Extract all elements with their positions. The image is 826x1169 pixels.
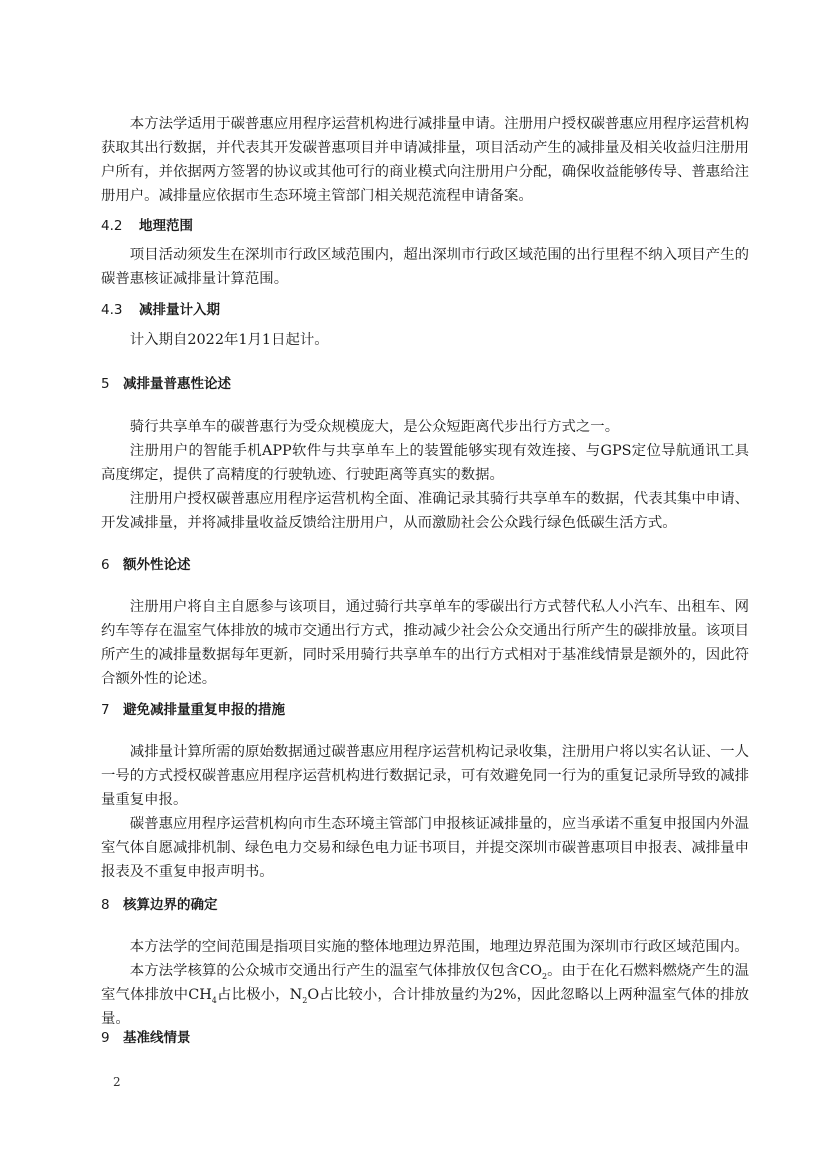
section-8-heading: 8核算边界的确定	[101, 895, 749, 915]
section-number: 4.3	[101, 300, 139, 320]
section-4-2-heading: 4.2地理范围	[101, 216, 749, 236]
section-8-paragraph-2: 本方法学核算的公众城市交通出行产生的温室气体排放仅包含CO2。由于在化石燃料燃烧…	[101, 959, 749, 1031]
section-9: 9基准线情景	[101, 1028, 749, 1048]
section-7-body: 减排量计算所需的原始数据通过碳普惠应用程序运营机构记录收集，注册用户将以实名认证…	[101, 740, 749, 884]
section-7-paragraph-1: 减排量计算所需的原始数据通过碳普惠应用程序运营机构记录收集，注册用户将以实名认证…	[101, 740, 749, 812]
section-7-paragraph-2: 碳普惠应用程序运营机构向市生态环境主管部门申报核证减排量的，应当承诺不重复申报国…	[101, 812, 749, 884]
section-title: 地理范围	[139, 218, 193, 234]
document-page: 本方法学适用于碳普惠应用程序运营机构进行减排量申请。注册用户授权碳普惠应用程序运…	[0, 0, 826, 1169]
section-4-3-paragraph: 计入期自2022年1月1日起计。	[101, 328, 749, 352]
text-fragment: 占比极小，N	[217, 987, 302, 1003]
section-number: 6	[101, 555, 123, 575]
section-number: 8	[101, 895, 123, 915]
section-title: 基准线情景	[123, 1030, 191, 1046]
page-number: 2	[113, 1075, 121, 1089]
section-number: 9	[101, 1028, 123, 1048]
section-number: 7	[101, 700, 123, 720]
section-7: 7避免减排量重复申报的措施	[101, 700, 749, 720]
intro-paragraph: 本方法学适用于碳普惠应用程序运营机构进行减排量申请。注册用户授权碳普惠应用程序运…	[101, 112, 749, 208]
section-number: 5	[101, 374, 123, 394]
section-5: 5减排量普惠性论述	[101, 374, 749, 394]
section-4-3-body: 计入期自2022年1月1日起计。	[101, 328, 749, 352]
section-8-paragraph-1: 本方法学的空间范围是指项目实施的整体地理边界范围，地理边界范围为深圳市行政区域范…	[101, 935, 749, 959]
section-7-heading: 7避免减排量重复申报的措施	[101, 700, 749, 720]
section-6: 6额外性论述	[101, 555, 749, 575]
intro-section: 本方法学适用于碳普惠应用程序运营机构进行减排量申请。注册用户授权碳普惠应用程序运…	[101, 112, 749, 208]
section-6-paragraph: 注册用户将自主自愿参与该项目，通过骑行共享单车的零碳出行方式替代私人小汽车、出租…	[101, 595, 749, 691]
section-5-paragraph-1: 骑行共享单车的碳普惠行为受众规模庞大，是公众短距离代步出行方式之一。	[101, 415, 749, 439]
section-5-body: 骑行共享单车的碳普惠行为受众规模庞大，是公众短距离代步出行方式之一。 注册用户的…	[101, 415, 749, 535]
text-fragment: 本方法学核算的公众城市交通出行产生的温室气体排放仅包含CO	[130, 963, 542, 979]
section-title: 额外性论述	[123, 557, 191, 573]
section-8: 8核算边界的确定	[101, 895, 749, 915]
section-title: 减排量计入期	[139, 302, 220, 318]
section-8-body: 本方法学的空间范围是指项目实施的整体地理边界范围，地理边界范围为深圳市行政区域范…	[101, 935, 749, 1031]
section-4-2-paragraph: 项目活动须发生在深圳市行政区域范围内，超出深圳市行政区域范围的出行里程不纳入项目…	[101, 243, 749, 291]
section-6-body: 注册用户将自主自愿参与该项目，通过骑行共享单车的零碳出行方式替代私人小汽车、出租…	[101, 595, 749, 691]
section-6-heading: 6额外性论述	[101, 555, 749, 575]
section-title: 核算边界的确定	[123, 897, 218, 913]
section-9-heading: 9基准线情景	[101, 1028, 749, 1048]
section-number: 4.2	[101, 216, 139, 236]
section-title: 避免减排量重复申报的措施	[123, 702, 285, 718]
section-4-2-body: 项目活动须发生在深圳市行政区域范围内，超出深圳市行政区域范围的出行里程不纳入项目…	[101, 243, 749, 291]
section-4-3: 4.3减排量计入期	[101, 300, 749, 320]
section-4-3-heading: 4.3减排量计入期	[101, 300, 749, 320]
section-title: 减排量普惠性论述	[123, 376, 231, 392]
section-5-heading: 5减排量普惠性论述	[101, 374, 749, 394]
section-4-2: 4.2地理范围	[101, 216, 749, 236]
section-5-paragraph-2: 注册用户的智能手机APP软件与共享单车上的装置能够实现有效连接、与GPS定位导航…	[101, 439, 749, 487]
section-5-paragraph-3: 注册用户授权碳普惠应用程序运营机构全面、准确记录其骑行共享单车的数据，代表其集中…	[101, 487, 749, 535]
